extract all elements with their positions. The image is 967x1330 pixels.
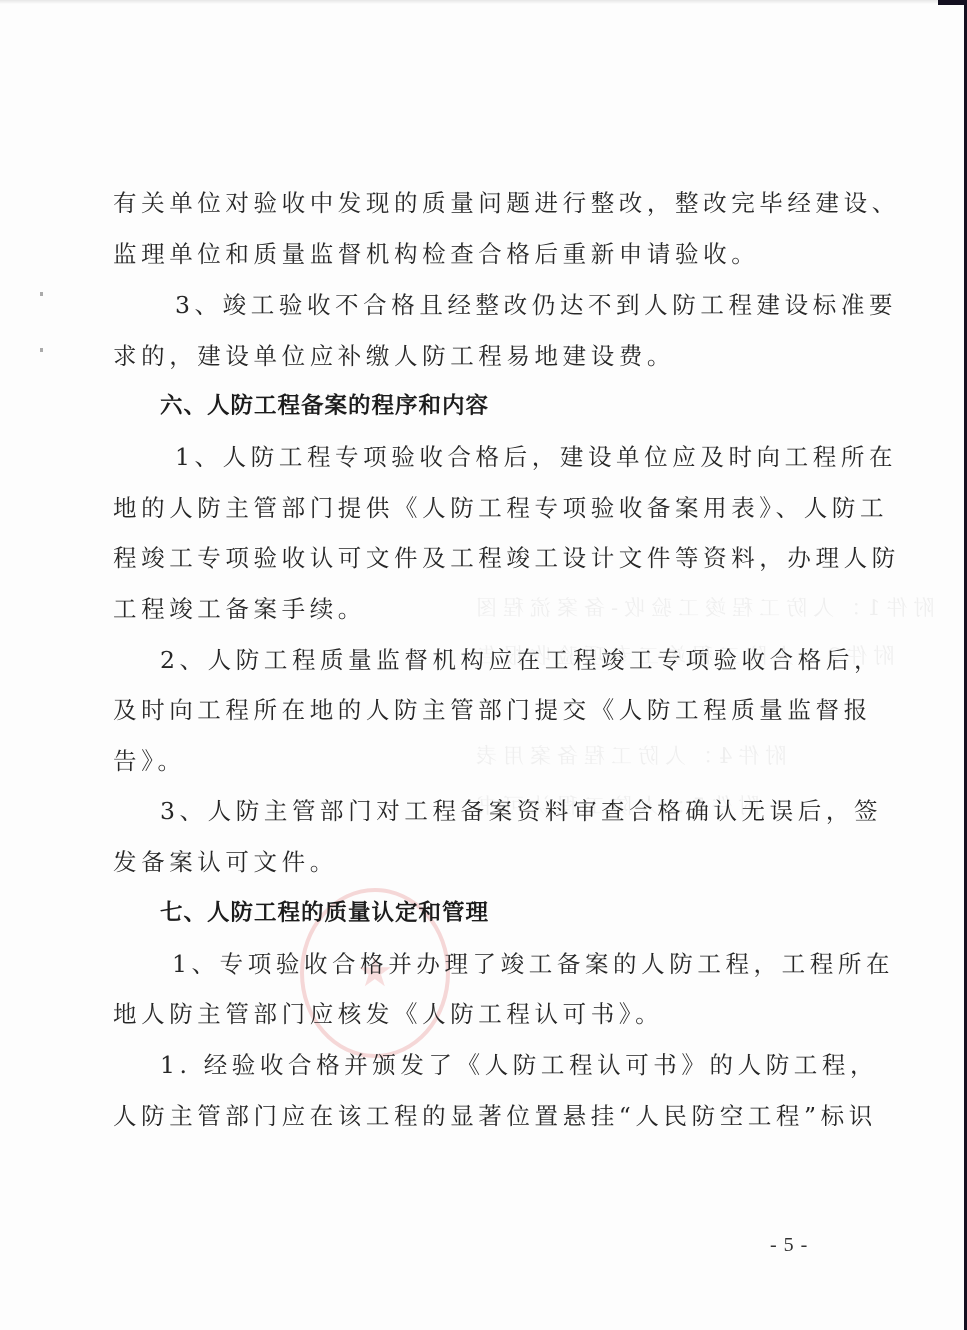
body-text-line: 2、人防工程质量监督机构应在工程竣工专项验收合格后， <box>160 645 882 675</box>
body-text-line: 求的，建设单位应补缴人防工程易地建设费。 <box>113 341 675 371</box>
body-text-line: 发备案认可文件。 <box>113 847 338 877</box>
body-text-line: 1、人防工程专项验收合格后，建设单位应及时向工程所在 <box>175 442 897 472</box>
bleed-through-text: 附件1：人防工程竣工验收-备案流程图 <box>470 592 934 622</box>
binding-mark <box>40 348 43 352</box>
body-text-line: 人防主管部门应在该工程的显著位置悬挂“人民防空工程”标识 <box>113 1101 877 1131</box>
body-text-line: 有关单位对验收中发现的质量问题进行整改，整改完毕经建设、 <box>113 188 900 218</box>
scan-border-right <box>938 0 967 1330</box>
bleed-through-text: 附件4：人防工程备案用表 <box>470 740 786 770</box>
body-text-line: 工程竣工备案手续。 <box>113 594 366 624</box>
body-text-line: 地的人防主管部门提供《人防工程专项验收备案用表》、人防工 <box>113 493 888 523</box>
body-text-line: 1. 经验收合格并颁发了《人防工程认可书》的人防工程， <box>160 1050 878 1080</box>
scan-top-edge <box>0 0 940 4</box>
body-text-line: 3、人防主管部门对工程备案资料审查合格确认无误后，签 <box>160 796 882 826</box>
binding-mark <box>40 292 43 296</box>
scanned-page: 附件1：人防工程竣工验收-备案流程图 附件2：人防工程竣工专项验收报告 附件4：… <box>0 0 967 1330</box>
section-heading-7: 七、人防工程的质量认定和管理 <box>160 898 489 928</box>
body-text-line: 及时向工程所在地的人防主管部门提交《人防工程质量监督报 <box>113 695 872 725</box>
body-text-line: 3、竣工验收不合格且经整改仍达不到人防工程建设标准要 <box>175 290 897 320</box>
section-heading-6: 六、人防工程备案的程序和内容 <box>160 391 489 421</box>
body-text-line: 告》。 <box>113 746 186 776</box>
body-text-line: 监理单位和质量监督机构检查合格后重新申请验收。 <box>113 239 759 269</box>
body-text-line: 1、专项验收合格并办理了竣工备案的人防工程，工程所在 <box>172 949 894 979</box>
body-text-line: 程竣工专项验收认可文件及工程竣工设计文件等资料，办理人防 <box>113 543 900 573</box>
page-number: - 5 - <box>770 1234 808 1257</box>
body-text-line: 地人防主管部门应核发《人防工程认可书》。 <box>113 999 663 1029</box>
